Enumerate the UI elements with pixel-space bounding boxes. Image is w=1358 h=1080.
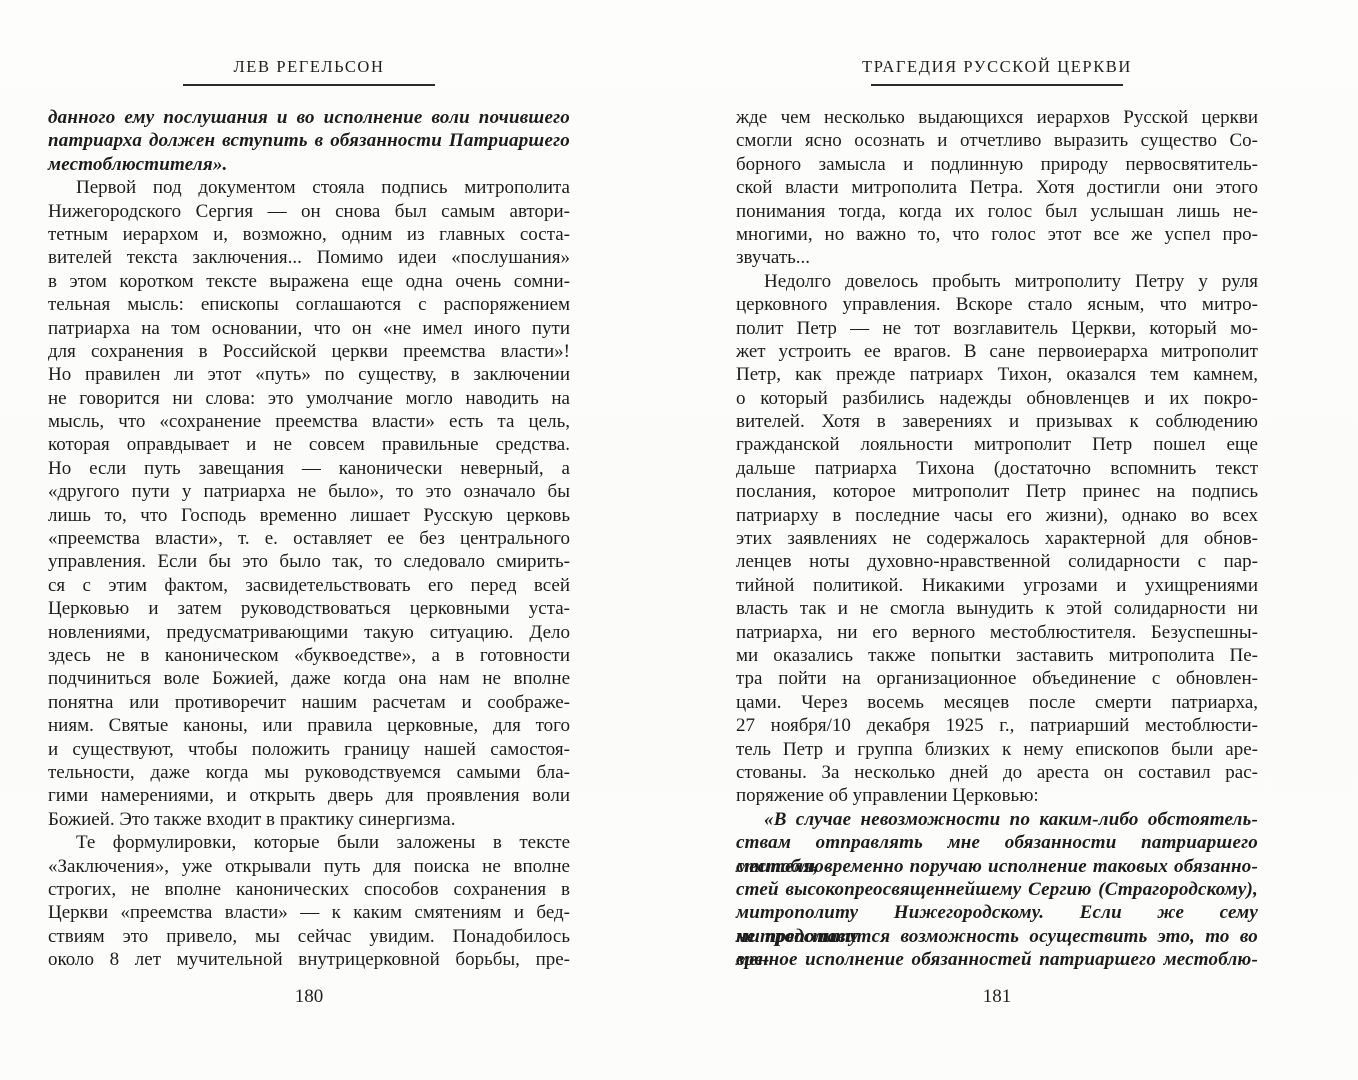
text-line: не говорится ни слова: это умолчание мог…: [48, 387, 570, 410]
text-line: Божией. Это также входит в практику сине…: [48, 808, 570, 831]
text-line: ленцев ноты духовно-нравственной солидар…: [736, 550, 1258, 573]
text-line: Церковью и затем руководствоваться церко…: [48, 597, 570, 620]
text-line: тельности, даже когда мы руководствуемся…: [48, 761, 570, 784]
text-line: здесь не в каноническом «буквоедстве», а…: [48, 644, 570, 667]
text-line: этих заявлениях не содержалось характерн…: [736, 527, 1258, 550]
text-line: тельная мысль: епископы соглашаются с ра…: [48, 293, 570, 316]
text-line: для сохранения в Российской церкви преем…: [48, 340, 570, 363]
paragraph: жде чем несколько выдающихся иерархов Ру…: [736, 106, 1258, 270]
text-line: жде чем несколько выдающихся иерархов Ру…: [736, 106, 1258, 129]
text-line: тетным иерархом и, возможно, одним из гл…: [48, 223, 570, 246]
paragraph: «В случае невозможности по каким-либо об…: [736, 808, 1258, 972]
text-line: цами. Через восемь месяцев после смерти …: [736, 691, 1258, 714]
paragraph: данного ему послушания и во исполнение в…: [48, 106, 570, 176]
text-line: Нижегородского Сергия — он снова был сам…: [48, 200, 570, 223]
page-number-left: 180: [48, 986, 570, 1008]
text-line: вителей. Хотя в заверениях и призывах к …: [736, 410, 1258, 433]
text-line: борного замысла и подлинную природу перв…: [736, 153, 1258, 176]
text-line: поряжение об управлении Церковью:: [736, 784, 1258, 807]
text-line: «В случае невозможности по каким-либо об…: [736, 808, 1258, 831]
text-line: звучать...: [736, 246, 1258, 269]
text-line: стованы. За несколько дней до ареста он …: [736, 761, 1258, 784]
text-line: ствиям это привело, мы сейчас увидим. По…: [48, 925, 570, 948]
text-line: строгих, не вполне канонических способов…: [48, 878, 570, 901]
text-line: и существуют, чтобы положить границу наш…: [48, 738, 570, 761]
page-right-body: жде чем несколько выдающихся иерархов Ру…: [736, 106, 1258, 971]
text-line: ствам отправлять мне обязанности патриар…: [736, 831, 1258, 854]
text-line: Но правилен ли этот «путь» по существу, …: [48, 363, 570, 386]
text-line: полит Петр — не тот возглавитель Церкви,…: [736, 317, 1258, 340]
text-line: о который разбились надежды обновленцев …: [736, 387, 1258, 410]
book-spread-scan: ЛЕВ РЕГЕЛЬСОН данного ему послушания и в…: [0, 0, 1358, 1080]
text-line: ской власти митрополита Петра. Хотя дост…: [736, 176, 1258, 199]
header-rule: [183, 84, 435, 86]
text-line: многими, но важно то, что голос этот все…: [736, 223, 1258, 246]
text-line: данного ему послушания и во исполнение в…: [48, 106, 570, 129]
running-head-title: ТРАГЕДИЯ РУССКОЙ ЦЕРКВИ: [736, 57, 1258, 77]
text-line: управления. Если бы это было так, то сле…: [48, 550, 570, 573]
text-line: дальше патриарха Тихона (достаточно вспо…: [736, 457, 1258, 480]
text-line: гими намерениями, и открыть дверь для пр…: [48, 784, 570, 807]
text-line: Петр, как прежде патриарх Тихон, оказалс…: [736, 363, 1258, 386]
page-number-right: 181: [736, 986, 1258, 1008]
text-line: понятна или противоречит нашим расчетам …: [48, 691, 570, 714]
text-line: Недолго довелось пробыть митрополиту Пет…: [736, 270, 1258, 293]
page-left: ЛЕВ РЕГЕЛЬСОН данного ему послушания и в…: [0, 0, 679, 1080]
text-line: новлениями, предусматривающими такую сит…: [48, 621, 570, 644]
text-line: послания, которое митрополит Петр принес…: [736, 480, 1258, 503]
page-right: ТРАГЕДИЯ РУССКОЙ ЦЕРКВИ жде чем нескольк…: [679, 0, 1358, 1080]
text-line: «преемства власти», т. е. оставляет ее б…: [48, 527, 570, 550]
running-head-author: ЛЕВ РЕГЕЛЬСОН: [48, 57, 570, 77]
text-line: которая оправдывает и не совсем правильн…: [48, 433, 570, 456]
text-line: патриарха на том основании, что он «не и…: [48, 317, 570, 340]
text-line: лишь то, что Господь временно лишает Рус…: [48, 504, 570, 527]
text-line: патриарха, ни его верного местоблюстител…: [736, 621, 1258, 644]
text-line: ся с этим фактом, засвидетельствовать ег…: [48, 574, 570, 597]
text-line: жет устроить ее врагов. В сане первоиера…: [736, 340, 1258, 363]
text-line: церковного управления. Вскоре стало ясны…: [736, 293, 1258, 316]
text-line: понимания тогда, когда их голос был услы…: [736, 200, 1258, 223]
text-line: Те формулировки, которые были заложены в…: [48, 831, 570, 854]
text-line: «Заключения», уже открывали путь для пои…: [48, 855, 570, 878]
text-line: местоблюстителя».: [48, 153, 570, 176]
text-line: гражданской лояльности митрополит Петр п…: [736, 433, 1258, 456]
header-rule: [871, 84, 1123, 86]
text-line: Но если путь завещания — канонически нев…: [48, 457, 570, 480]
text-line: Церкви «преемства власти» — к каким смят…: [48, 901, 570, 924]
text-line: в этом коротком тексте выражена еще одна…: [48, 270, 570, 293]
text-line: вителей текста заключения... Помимо идеи…: [48, 246, 570, 269]
page-left-body: данного ему послушания и во исполнение в…: [48, 106, 570, 971]
text-line: ниям. Святые каноны, или правила церковн…: [48, 714, 570, 737]
text-line: ми оказались также попытки заставить мит…: [736, 644, 1258, 667]
text-line: стителя, временно поручаю исполнение так…: [736, 855, 1258, 878]
paragraph: Первой под документом стояла подпись мит…: [48, 176, 570, 831]
text-line: власть так и не смогла вынудить к этой с…: [736, 597, 1258, 620]
paragraph: Недолго довелось пробыть митрополиту Пет…: [736, 270, 1258, 808]
text-line: тель Петр и группа близких к нему еписко…: [736, 738, 1258, 761]
text-line: митрополиту Нижегородскому. Если же сему…: [736, 901, 1258, 924]
text-line: 27 ноября/10 декабря 1925 г., патриарший…: [736, 714, 1258, 737]
text-line: около 8 лет мучительной внутрицерковной …: [48, 948, 570, 971]
text-line: Первой под документом стояла подпись мит…: [48, 176, 570, 199]
text-line: тийной политикой. Никакими угрозами и ух…: [736, 574, 1258, 597]
text-line: стей высокопреосвященнейшему Сергию (Стр…: [736, 878, 1258, 901]
text-line: смогли ясно осознать и отчетливо выразит…: [736, 129, 1258, 152]
text-line: менное исполнение обязанностей патриарше…: [736, 948, 1258, 971]
text-line: патриарху в последние часы его жизни), о…: [736, 504, 1258, 527]
paragraph: Те формулировки, которые были заложены в…: [48, 831, 570, 971]
text-line: «другого пути у патриарха не было», то э…: [48, 480, 570, 503]
text-line: тра пойти на организационное объединение…: [736, 667, 1258, 690]
text-line: патриарха должен вступить в обязанности …: [48, 129, 570, 152]
text-line: подчиниться воле Божией, даже когда она …: [48, 667, 570, 690]
text-line: не представится возможность осуществить …: [736, 925, 1258, 948]
text-line: мысль, что «сохранение преемства власти»…: [48, 410, 570, 433]
